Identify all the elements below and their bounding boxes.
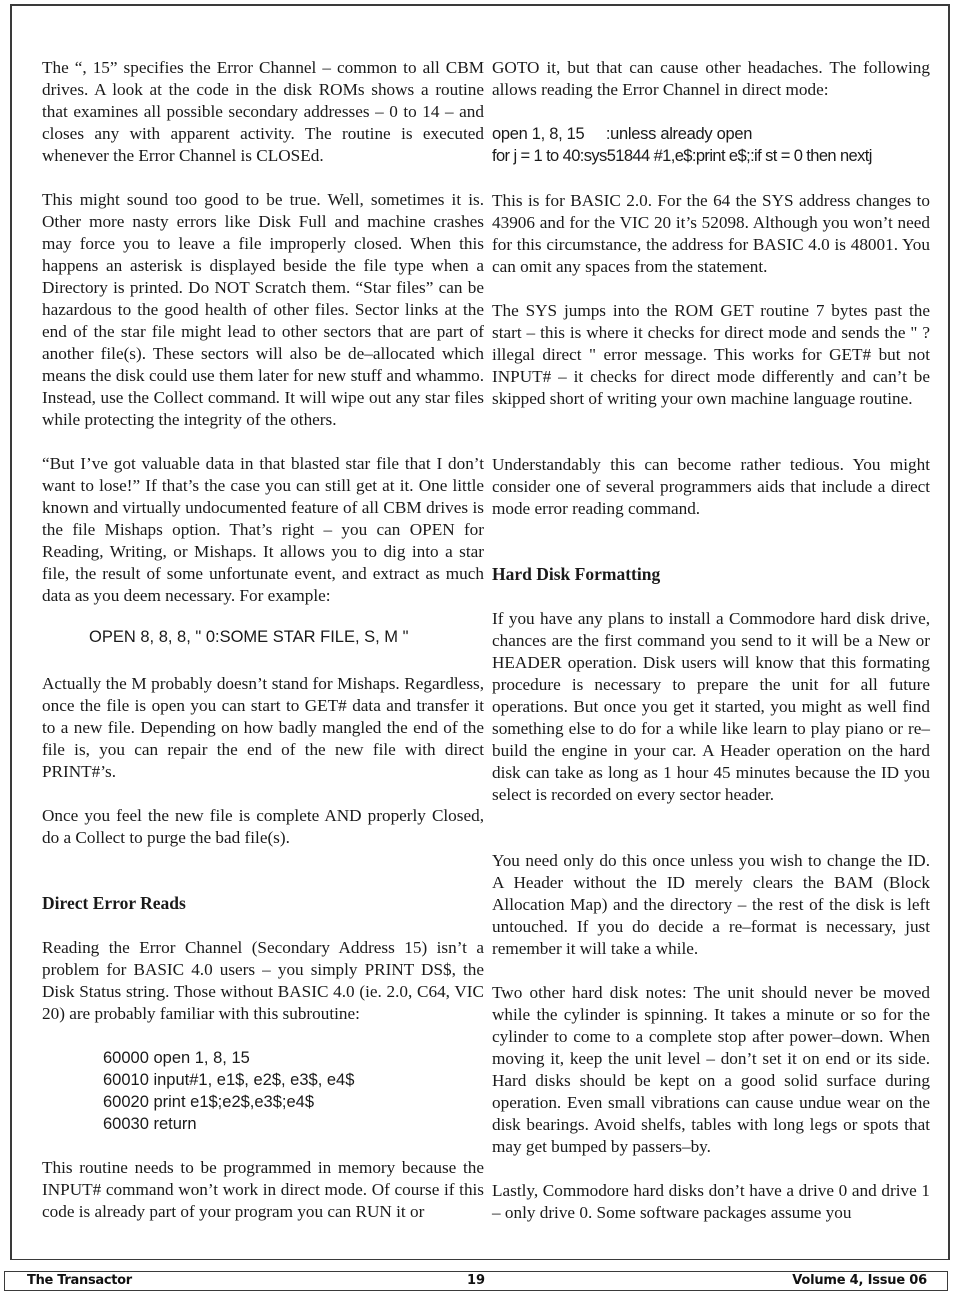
- page-frame: The “, 15” specifies the Error Channel –…: [10, 4, 950, 1260]
- code-line: 60010 input#1, e1$, e2$, e3$, e4$: [103, 1069, 484, 1091]
- section-heading: Direct Error Reads: [42, 892, 484, 914]
- publication-name: The Transactor: [27, 1272, 132, 1289]
- paragraph: Lastly, Commodore hard disks don’t have …: [492, 1180, 930, 1224]
- paragraph: Understandably this can become rather te…: [492, 454, 930, 520]
- paragraph: The SYS jumps into the ROM GET routine 7…: [492, 300, 930, 410]
- code-line: 60020 print e1$;e2$,e3$;e4$: [103, 1091, 484, 1113]
- paragraph: Actually the M probably doesn’t stand fo…: [42, 673, 484, 783]
- paragraph: This might sound too good to be true. We…: [42, 189, 484, 431]
- code-line: open 1, 8, 15 :unless already open: [492, 123, 930, 145]
- paragraph: Reading the Error Channel (Secondary Add…: [42, 937, 484, 1025]
- issue-label: Volume 4, Issue 06: [792, 1272, 927, 1289]
- page-footer: The Transactor 19 Volume 4, Issue 06: [4, 1271, 948, 1291]
- paragraph: You need only do this once unless you wi…: [492, 850, 930, 960]
- paragraph: “But I’ve got valuable data in that blas…: [42, 453, 484, 607]
- paragraph: This routine needs to be programmed in m…: [42, 1157, 484, 1223]
- code-listing: 60000 open 1, 8, 15 60010 input#1, e1$, …: [103, 1047, 484, 1135]
- code-direct-mode: open 1, 8, 15 :unless already open for j…: [492, 123, 930, 167]
- paragraph: GOTO it, but that can cause other headac…: [492, 57, 930, 101]
- code-example: OPEN 8, 8, 8, " 0:SOME STAR FILE, S, M ": [89, 626, 484, 648]
- code-line: 60000 open 1, 8, 15: [103, 1047, 484, 1069]
- paragraph: The “, 15” specifies the Error Channel –…: [42, 57, 484, 167]
- paragraph: Two other hard disk notes: The unit shou…: [492, 982, 930, 1158]
- paragraph: This is for BASIC 2.0. For the 64 the SY…: [492, 190, 930, 278]
- section-heading: Hard Disk Formatting: [492, 563, 930, 585]
- paragraph: If you have any plans to install a Commo…: [492, 608, 930, 806]
- page-number: 19: [467, 1272, 485, 1289]
- paragraph: Once you feel the new file is complete A…: [42, 805, 484, 849]
- code-line: 60030 return: [103, 1113, 484, 1135]
- code-line: for j = 1 to 40:sys51844 #1,e$:print e$;…: [492, 145, 930, 167]
